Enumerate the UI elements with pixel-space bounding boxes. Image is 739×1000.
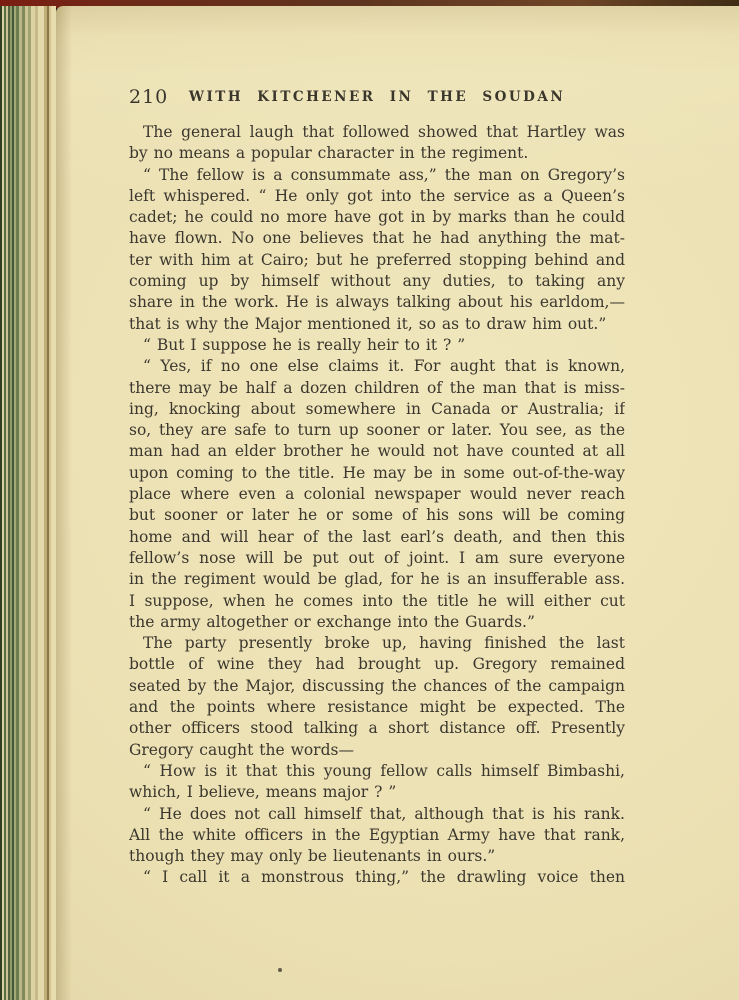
text-line: Gregory caught the words— — [129, 740, 625, 761]
stacked-page-edges — [0, 6, 56, 1000]
text-line: I suppose, when he comes into the title … — [129, 591, 625, 612]
text-line: which, I believe, means major ? ” — [129, 782, 625, 803]
text-line: have flown. No one believes that he had … — [129, 228, 625, 249]
text-line: “ He does not call himself that, althoug… — [129, 804, 625, 825]
text-block: The general laugh that followed showed t… — [129, 122, 625, 889]
text-line: by no means a popular character in the r… — [129, 143, 625, 164]
text-line: “ Yes, if no one else claims it. For aug… — [129, 356, 625, 377]
text-line: so, they are safe to turn up sooner or l… — [129, 420, 625, 441]
text-line: share in the work. He is always talking … — [129, 292, 625, 313]
text-line: ing, knocking about somewhere in Canada … — [129, 399, 625, 420]
text-line: other officers stood talking a short dis… — [129, 718, 625, 739]
text-line: All the white officers in the Egyptian A… — [129, 825, 625, 846]
text-line: home and will hear of the last earl’s de… — [129, 527, 625, 548]
text-line: “ How is it that this young fellow calls… — [129, 761, 625, 782]
page-number: 210 — [129, 86, 168, 108]
text-line: seated by the Major, discussing the chan… — [129, 676, 625, 697]
text-line: The general laugh that followed showed t… — [129, 122, 625, 143]
text-line: man had an elder brother he would not ha… — [129, 441, 625, 462]
text-line: “ The fellow is a consummate ass,” the m… — [129, 165, 625, 186]
text-line: fellow’s nose will be put out of joint. … — [129, 548, 625, 569]
text-line: place where even a colonial newspaper wo… — [129, 484, 625, 505]
text-line: left whispered. “ He only got into the s… — [129, 186, 625, 207]
text-line: ter with him at Cairo; but he preferred … — [129, 250, 625, 271]
running-title: WITH KITCHENER IN THE SOUDAN — [129, 89, 625, 105]
text-line: but sooner or later he or some of his so… — [129, 505, 625, 526]
page-header: WITH KITCHENER IN THE SOUDAN 210 — [129, 86, 625, 108]
ink-speck — [278, 968, 282, 972]
text-line: in the regiment would be glad, for he is… — [129, 569, 625, 590]
text-line: that is why the Major mentioned it, so a… — [129, 314, 625, 335]
text-line: The party presently broke up, having fin… — [129, 633, 625, 654]
scanned-book-page: WITH KITCHENER IN THE SOUDAN 210 The gen… — [0, 0, 739, 1000]
text-line: the army altogether or exchange into the… — [129, 612, 625, 633]
book-page: WITH KITCHENER IN THE SOUDAN 210 The gen… — [56, 6, 739, 1000]
text-line: there may be half a dozen children of th… — [129, 378, 625, 399]
text-line: “ But I suppose he is really heir to it … — [129, 335, 625, 356]
text-line: upon coming to the title. He may be in s… — [129, 463, 625, 484]
text-line: bottle of wine they had brought up. Greg… — [129, 654, 625, 675]
text-line: cadet; he could no more have got in by m… — [129, 207, 625, 228]
text-line: though they may only be lieutenants in o… — [129, 846, 625, 867]
text-line: coming up by himself without any duties,… — [129, 271, 625, 292]
text-line: “ I call it a monstrous thing,” the draw… — [129, 867, 625, 888]
text-line: and the points where resistance might be… — [129, 697, 625, 718]
